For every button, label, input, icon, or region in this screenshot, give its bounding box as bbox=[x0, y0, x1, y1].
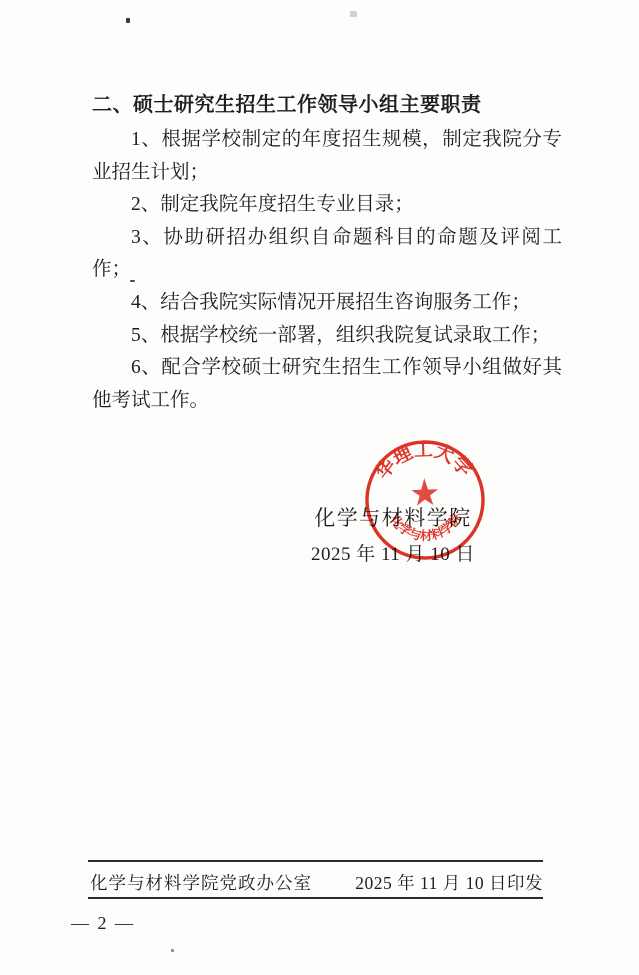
seal-top-arc-text: 华理工大学 bbox=[370, 438, 478, 484]
section-heading: 二、硕士研究生招生工作领导小组主要职责 bbox=[92, 93, 572, 117]
duty-item: 2、制定我院年度招生专业目录； bbox=[92, 189, 562, 222]
document-page: 二、硕士研究生招生工作领导小组主要职责 1、根据学校制定的年度招生规模，制定我院… bbox=[0, 0, 639, 975]
signature-org: 化学与材料学院 bbox=[288, 502, 498, 532]
duty-item: 6、配合学校硕士研究生招生工作领导小组做好其他考试工作。 bbox=[92, 352, 562, 417]
scan-speck bbox=[171, 949, 174, 952]
footer-print-date: 2025 年 11 月 10 日印发 bbox=[355, 870, 543, 895]
duty-item: 5、根据学校统一部署，组织我院复试录取工作； bbox=[92, 320, 562, 353]
duty-item: 1、根据学校制定的年度招生规模，制定我院分专业招生计划； bbox=[92, 124, 562, 189]
scan-speck bbox=[350, 11, 357, 17]
footer-rule-bottom bbox=[88, 897, 543, 899]
svg-text:华理工大学: 华理工大学 bbox=[370, 438, 478, 484]
duty-item: 3、协助研招办组织自命题科目的命题及评阅工作； bbox=[92, 222, 562, 287]
body-text: 1、根据学校制定的年度招生规模，制定我院分专业招生计划； 2、制定我院年度招生专… bbox=[92, 124, 562, 417]
footer-issuer: 化学与材料学院党政办公室 bbox=[90, 870, 312, 895]
page-number: — 2 — bbox=[71, 913, 135, 934]
scan-speck bbox=[126, 18, 130, 23]
signature-block: 化学与材料学院 2025 年 11 月 10 日 bbox=[288, 502, 498, 566]
duty-item: 4、结合我院实际情况开展招生咨询服务工作； bbox=[92, 287, 562, 320]
signature-date: 2025 年 11 月 10 日 bbox=[288, 539, 498, 566]
footer-rule-top bbox=[88, 860, 543, 862]
